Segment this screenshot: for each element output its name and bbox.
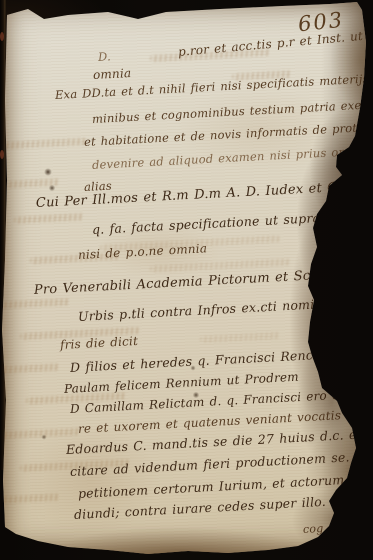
manuscript-line: Pro Venerabili Academia Pictorum et Scul…: [34, 267, 342, 298]
manuscript-photo: 603 D. p.ror et acc.tis p.r et Inst. ut …: [0, 0, 373, 560]
binding-mark: [0, 32, 4, 41]
manuscript-line: omnia: [93, 66, 132, 82]
manuscript-line: D filios et heredes q. Francisci Rencij …: [70, 346, 340, 375]
handwriting-layer: 603 D. p.ror et acc.tis p.r et Inst. ut …: [0, 0, 373, 560]
manuscript-line: q. fa. facta specificatione ut supra mit…: [92, 208, 352, 237]
manuscript-line: Urbis p.tli contra Infros ex.cti nominib…: [78, 295, 340, 324]
manuscript-line: D.: [98, 49, 112, 64]
binding-mark: [0, 150, 4, 159]
page-number: 603: [297, 8, 345, 37]
manuscript-page: 603 D. p.ror et acc.tis p.r et Inst. ut …: [0, 0, 373, 560]
manuscript-line: fris die dicit: [60, 334, 139, 352]
manuscript-line: nisi de p.o.ne omnia: [78, 241, 208, 262]
manuscript-line: cog.: [303, 522, 328, 536]
binding-gutter-edge: [0, 0, 6, 470]
